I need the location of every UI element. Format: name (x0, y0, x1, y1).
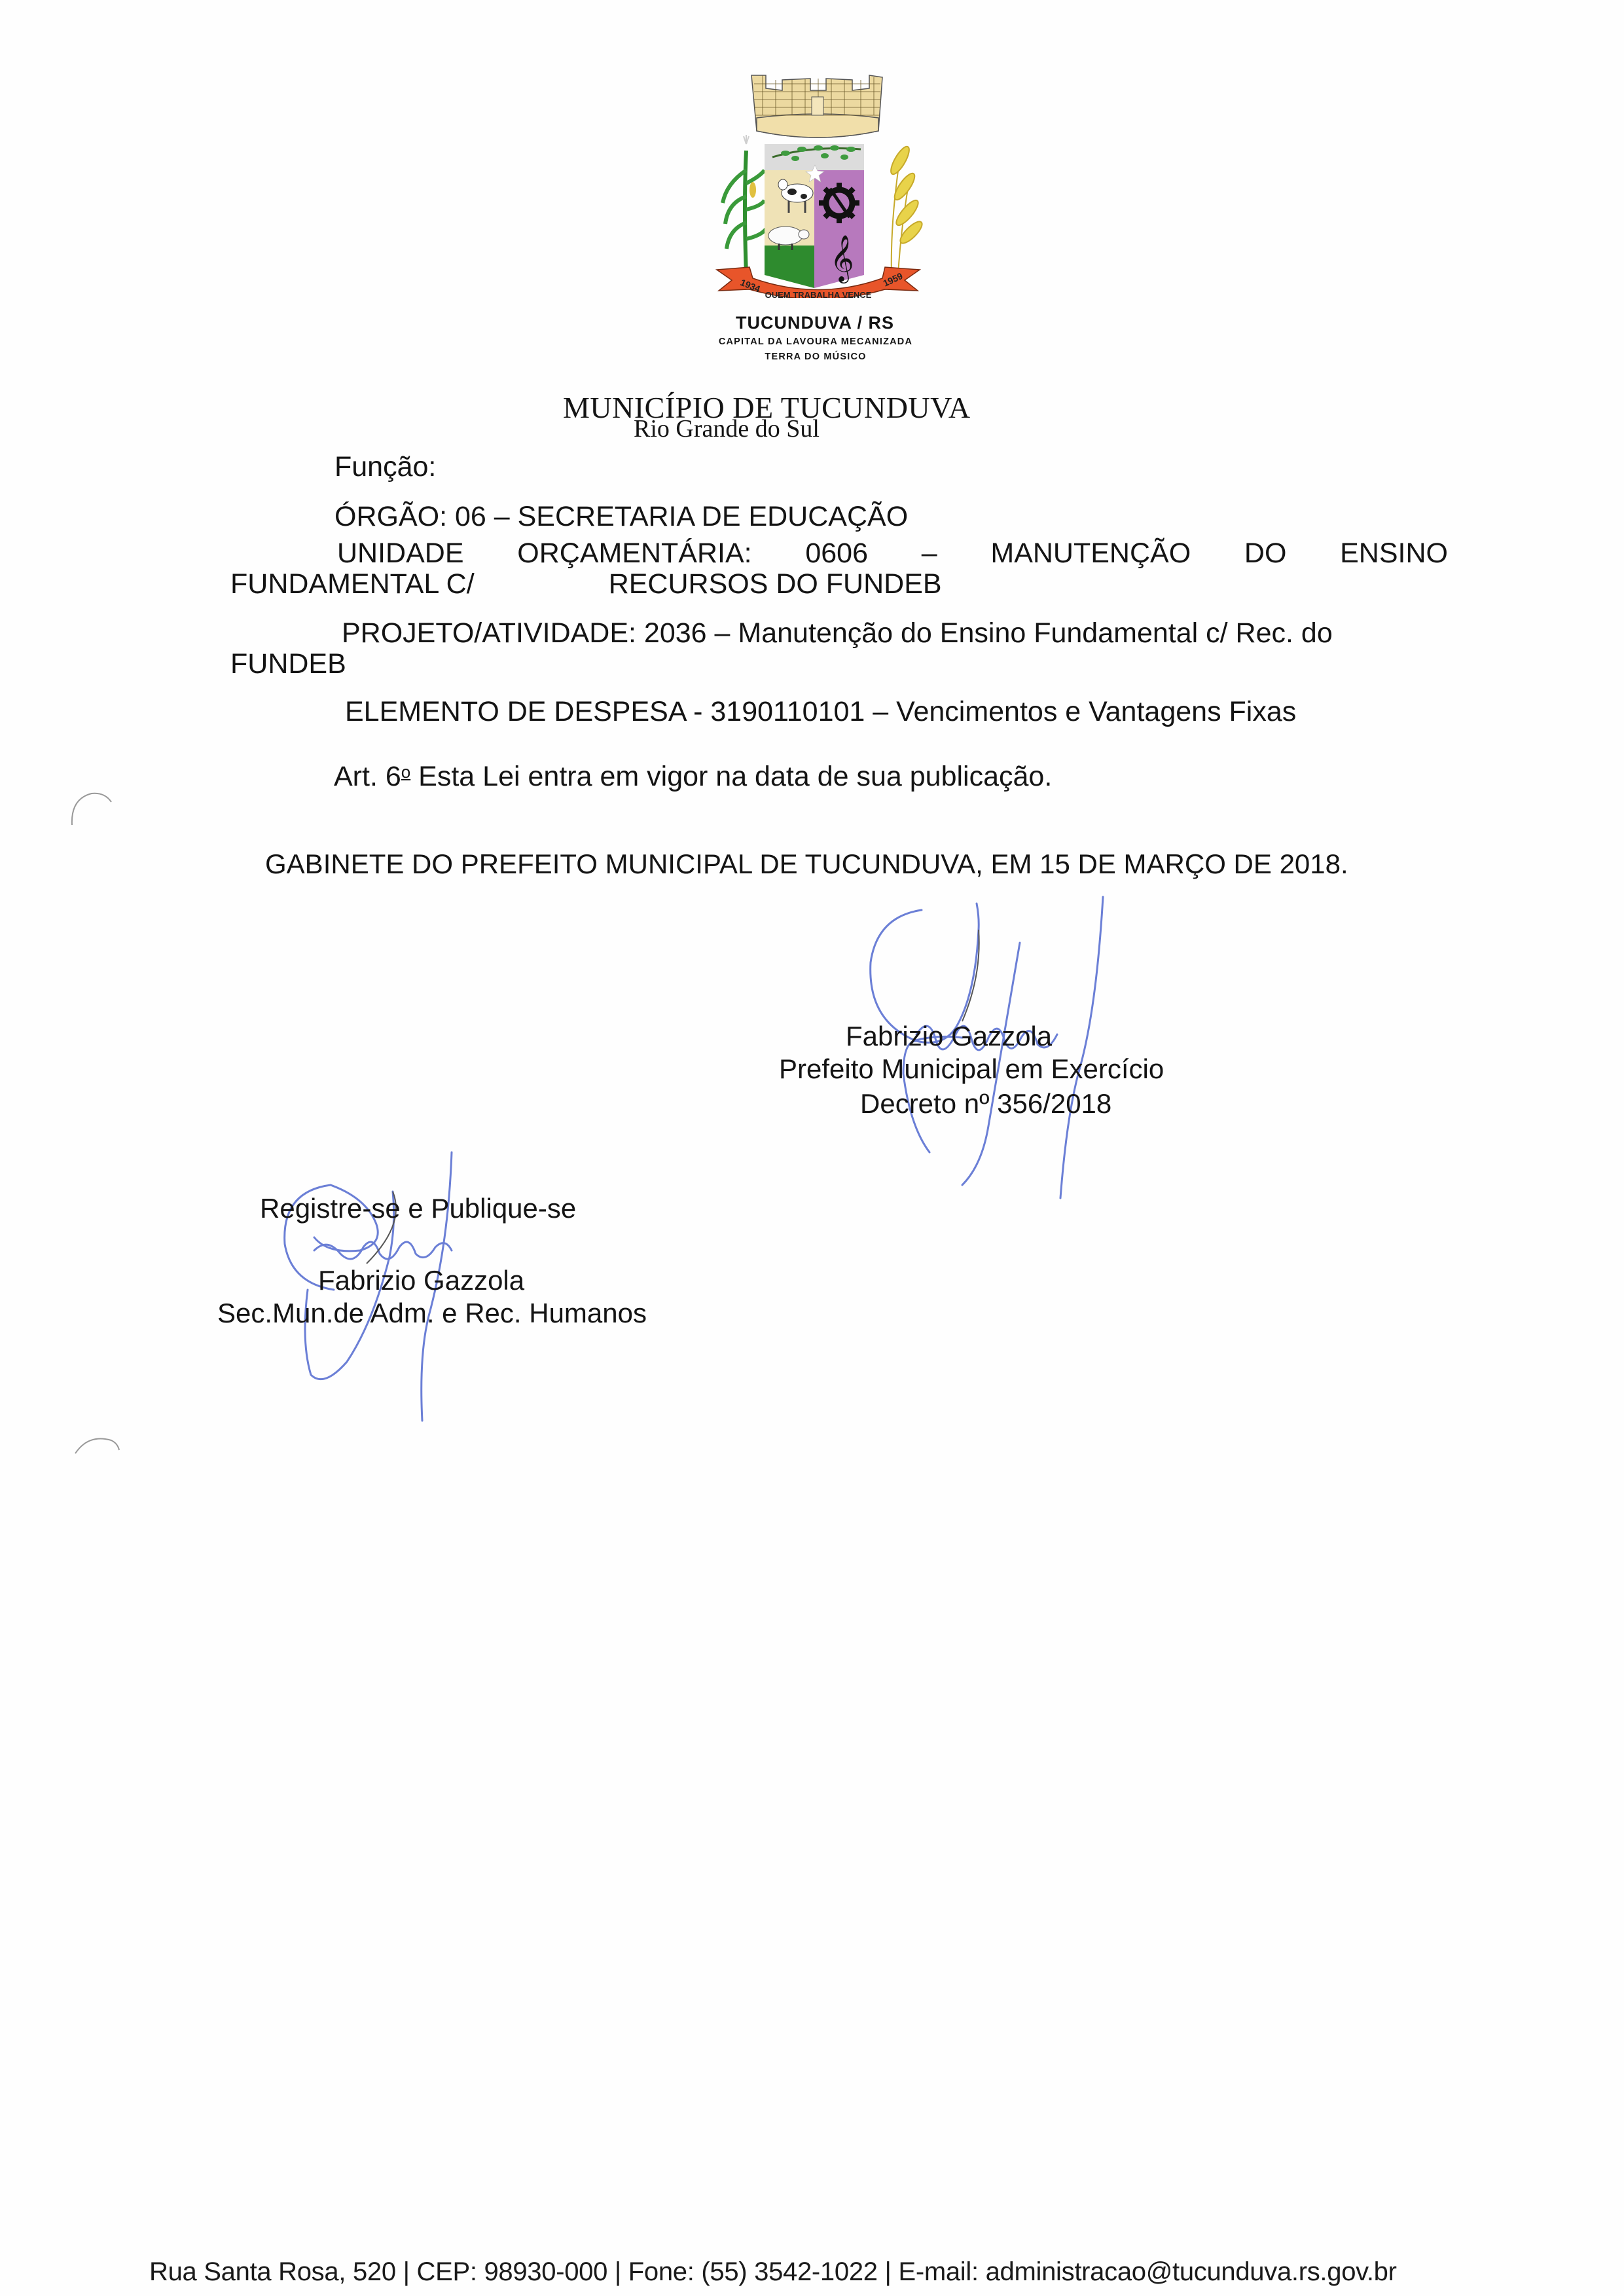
unidade-continuation-a: FUNDAMENTAL C/ (230, 568, 475, 600)
wheat-icon (888, 144, 923, 275)
article-text: Esta Lei entra em vigor na data de sua p… (410, 761, 1052, 792)
funcao-label: Função: (334, 453, 436, 481)
secretary-name: Fabrizio Gazzola (318, 1265, 524, 1296)
unidade-orcamentaria-line: UNIDADE ORÇAMENTÁRIA: 0606 – MANUTENÇÃO … (337, 539, 1448, 568)
footer-separator: | (396, 2257, 417, 2286)
svg-text:QUEM TRABALHA VENCE: QUEM TRABALHA VENCE (765, 290, 872, 298)
signatory-name: Fabrizio Gazzola (846, 1021, 1052, 1052)
footer-separator: | (878, 2257, 899, 2286)
signatory-decree: Decreto nº 356/2018 (860, 1088, 1111, 1120)
elemento-despesa-line: ELEMENTO DE DESPESA - 3190110101 – Venci… (345, 698, 1296, 726)
city-slogan-secondary: TERRA DO MÚSICO (694, 352, 937, 362)
projeto-atividade-line: PROJETO/ATIVIDADE: 2036 – Manutenção do … (342, 619, 1402, 647)
punch-hole-mark (72, 1427, 124, 1467)
register-publish-label: Registre-se e Publique-se (260, 1193, 576, 1224)
punch-hole-mark (65, 786, 118, 838)
footer-contact: Rua Santa Rosa, 520 | CEP: 98930-000 | F… (149, 2257, 1397, 2287)
unidade-orcamentaria-continuation: FUNDAMENTAL C/RECURSOS DO FUNDEB (230, 570, 942, 598)
coat-of-arms-logo: 𝄞 1934 QUEM TRABALHA VENCE 1959 (713, 72, 923, 298)
mural-crown-icon (751, 75, 882, 137)
city-state-title: TUCUNDUVA / RS (728, 313, 902, 333)
signatory-role: Prefeito Municipal em Exercício (779, 1053, 1164, 1085)
footer-address: Rua Santa Rosa, 520 (149, 2257, 396, 2286)
state-subtitle: Rio Grande do Sul (628, 414, 825, 443)
orgao-line: ÓRGÃO: 06 – SECRETARIA DE EDUCAÇÃO (334, 503, 908, 531)
treble-clef-icon: 𝄞 (830, 234, 854, 283)
unidade-continuation-b: RECURSOS DO FUNDEB (609, 568, 942, 600)
footer-separator: | (607, 2257, 628, 2286)
secretary-role: Sec.Mun.de Adm. e Rec. Humanos (217, 1298, 647, 1329)
shield-icon: 𝄞 (765, 144, 864, 288)
article-number: Art. 6 (334, 761, 401, 792)
footer-email-link[interactable]: E-mail: administracao@tucunduva.rs.gov.b… (898, 2257, 1396, 2286)
article-6-line: Art. 6o Esta Lei entra em vigor na data … (334, 763, 1052, 791)
projeto-atividade-continuation: FUNDEB (230, 650, 346, 678)
footer-phone: Fone: (55) 3542-1022 (628, 2257, 878, 2286)
svg-text:1934: 1934 (739, 277, 762, 295)
gabinete-dateline: GABINETE DO PREFEITO MUNICIPAL DE TUCUND… (265, 848, 1348, 880)
corn-icon (723, 135, 766, 275)
city-slogan: CAPITAL DA LAVOURA MECANIZADA (694, 337, 937, 347)
gear-icon (819, 183, 859, 223)
footer-cep: CEP: 98930-000 (417, 2257, 608, 2286)
ordinal-indicator: o (401, 762, 410, 782)
